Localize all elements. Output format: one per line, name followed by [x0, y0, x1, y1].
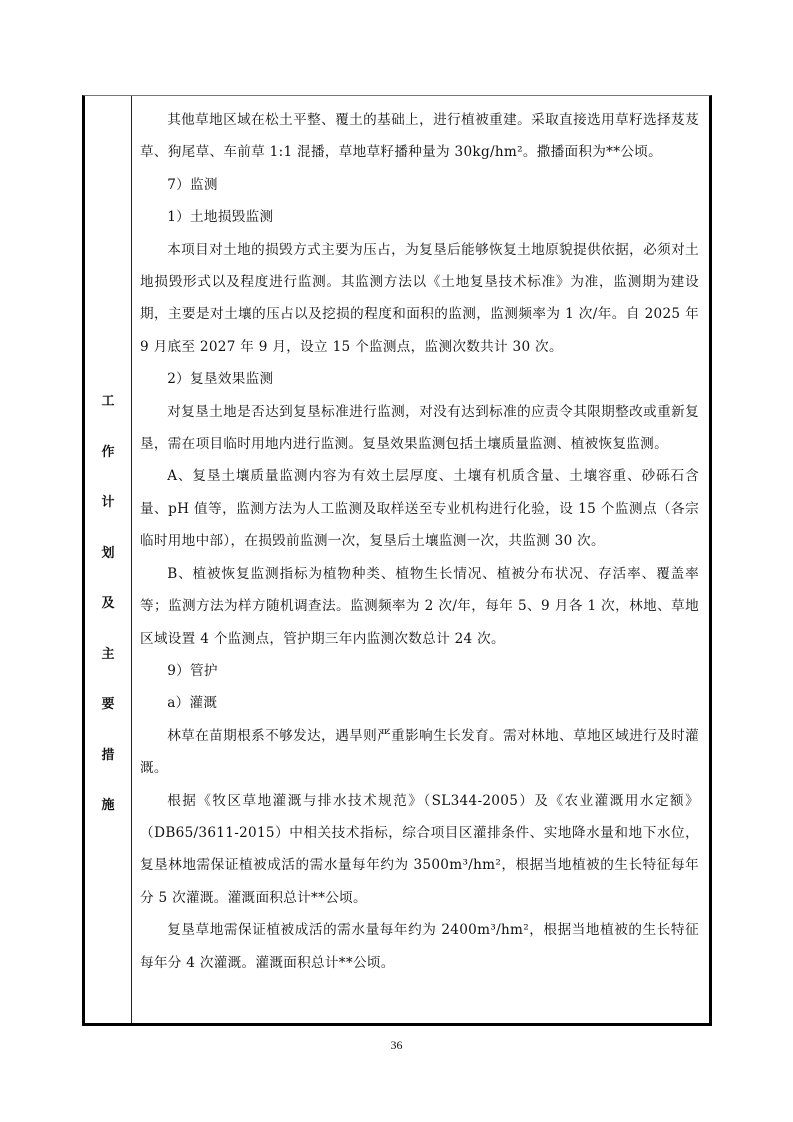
section-label-char: 要 — [101, 695, 114, 746]
section-content-cell: 其他草地区域在松土平整、覆土的基础上，进行植被重建。采取直接选用草籽选择芨芨草、… — [132, 96, 709, 1023]
heading-reclamation-effect-monitoring: 2）复垦效果监测 — [140, 363, 699, 395]
section-label-char: 措 — [101, 746, 114, 797]
section-label-char: 划 — [101, 544, 114, 595]
section-label-char: 作 — [101, 443, 114, 494]
section-label-char: 工 — [101, 392, 114, 443]
paragraph-grass-irrigation: 复垦草地需保证植被成活的需水量每年约为 2400m³/hm²，根据当地植被的生长… — [140, 914, 699, 979]
heading-land-damage-monitoring: 1）土地损毁监测 — [140, 201, 699, 233]
section-label-cell: 工 作 计 划 及 主 要 措 施 — [85, 96, 132, 1023]
section-label-char: 主 — [101, 645, 114, 696]
paragraph-reclamation-effect: 对复垦土地是否达到复垦标准进行监测，对没有达到标准的应责令其限期整改或重新复垦，… — [140, 396, 699, 461]
page-number: 36 — [0, 1038, 793, 1053]
heading-monitoring: 7）监测 — [140, 169, 699, 201]
paragraph-grass-reconstruction: 其他草地区域在松土平整、覆土的基础上，进行植被重建。采取直接选用草籽选择芨芨草、… — [140, 104, 699, 169]
paragraph-forest-irrigation: 根据《牧区草地灌溉与排水技术规范》（SL344-2005）及《农业灌溉用水定额》… — [140, 785, 699, 915]
paragraph-irrigation-need: 林草在苗期根系不够发达，遇旱则严重影响生长发育。需对林地、草地区域进行及时灌溉。 — [140, 720, 699, 785]
paragraph-land-damage-monitoring: 本项目对土地的损毁方式主要为压占，为复垦后能够恢复土地原貌提供依据，必须对土地损… — [140, 234, 699, 364]
section-label-char: 及 — [101, 594, 114, 645]
paragraph-vegetation-monitoring: B、植被恢复监测指标为植物种类、植物生长情况、植被分布状况、存活率、覆盖率等；监… — [140, 558, 699, 655]
heading-maintenance: 9）管护 — [140, 655, 699, 687]
paragraph-soil-quality-monitoring: A、复垦土壤质量监测内容为有效土层厚度、土壤有机质含量、土壤容重、砂砾石含量、p… — [140, 460, 699, 557]
work-plan-table: 工 作 计 划 及 主 要 措 施 其他草地区域在松土平整、覆土的基础上，进行植… — [82, 95, 712, 1026]
section-label-char: 施 — [101, 796, 114, 847]
section-label-char: 计 — [101, 493, 114, 544]
heading-irrigation: a）灌溉 — [140, 687, 699, 719]
section-label: 工 作 计 划 及 主 要 措 施 — [85, 392, 131, 847]
